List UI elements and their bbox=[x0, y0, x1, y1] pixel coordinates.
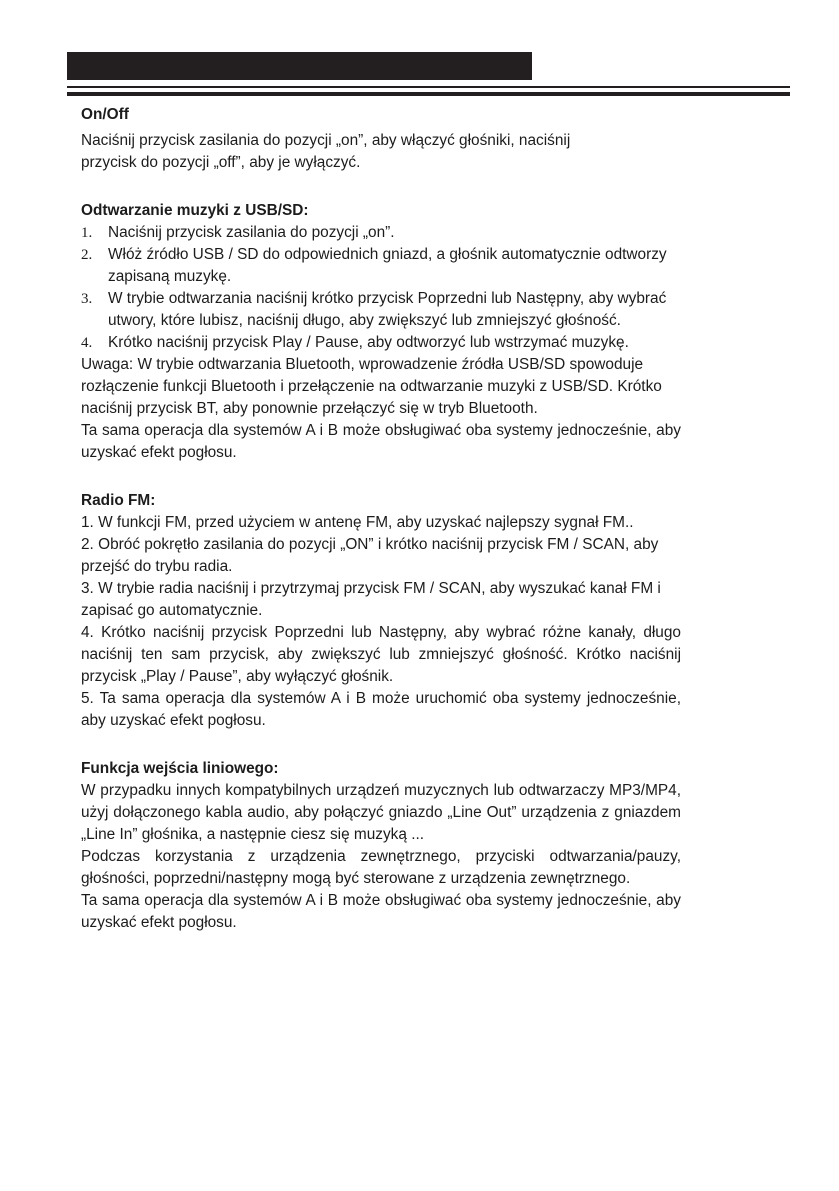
linein-paragraph-2: Podczas korzystania z urządzenia zewnętr… bbox=[81, 846, 681, 890]
radio-step-3: 3. W trybie radia naciśnij i przytrzymaj… bbox=[81, 578, 681, 622]
list-text: Włóż źródło USB / SD do odpowiednich gni… bbox=[108, 246, 667, 285]
usb-extra: Ta sama operacja dla systemów A i B może… bbox=[81, 420, 681, 464]
section-radio: Radio FM: 1. W funkcji FM, przed użyciem… bbox=[81, 490, 681, 732]
section-linein: Funkcja wejścia liniowego: W przypadku i… bbox=[81, 758, 681, 934]
manual-content: On/Off Naciśnij przycisk zasilania do po… bbox=[81, 104, 681, 934]
section-usb: Odtwarzanie muzyki z USB/SD: 1.Naciśnij … bbox=[81, 200, 681, 464]
header-rule-thin bbox=[67, 86, 790, 88]
radio-step-5: 5. Ta sama operacja dla systemów A i B m… bbox=[81, 688, 681, 732]
usb-steps-list: 1.Naciśnij przycisk zasilania do pozycji… bbox=[81, 222, 681, 354]
list-number: 4. bbox=[81, 332, 92, 354]
onoff-line-2: przycisk do pozycji „off”, aby je wyłącz… bbox=[81, 152, 681, 174]
radio-step-4: 4. Krótko naciśnij przycisk Poprzedni lu… bbox=[81, 622, 681, 688]
list-text: Krótko naciśnij przycisk Play / Pause, a… bbox=[108, 334, 629, 351]
header-bar bbox=[67, 52, 532, 80]
linein-paragraph-3: Ta sama operacja dla systemów A i B może… bbox=[81, 890, 681, 934]
section-title-usb: Odtwarzanie muzyki z USB/SD: bbox=[81, 200, 681, 222]
list-number: 2. bbox=[81, 244, 92, 266]
list-item: 2.Włóż źródło USB / SD do odpowiednich g… bbox=[81, 244, 681, 288]
list-text: W trybie odtwarzania naciśnij krótko prz… bbox=[108, 290, 666, 329]
section-title-onoff: On/Off bbox=[81, 104, 681, 126]
section-title-linein: Funkcja wejścia liniowego: bbox=[81, 758, 681, 780]
section-title-radio: Radio FM: bbox=[81, 490, 681, 512]
section-onoff: On/Off Naciśnij przycisk zasilania do po… bbox=[81, 104, 681, 174]
list-text: Naciśnij przycisk zasilania do pozycji „… bbox=[108, 224, 395, 241]
list-item: 3.W trybie odtwarzania naciśnij krótko p… bbox=[81, 288, 681, 332]
list-number: 1. bbox=[81, 222, 92, 244]
radio-step-2: 2. Obróć pokrętło zasilania do pozycji „… bbox=[81, 534, 681, 578]
linein-paragraph-1: W przypadku innych kompatybilnych urządz… bbox=[81, 780, 681, 846]
radio-step-1: 1. W funkcji FM, przed użyciem w antenę … bbox=[81, 512, 681, 534]
usb-note: Uwaga: W trybie odtwarzania Bluetooth, w… bbox=[81, 354, 681, 420]
list-item: 1.Naciśnij przycisk zasilania do pozycji… bbox=[81, 222, 681, 244]
header-rule-thick bbox=[67, 92, 790, 96]
onoff-line-1: Naciśnij przycisk zasilania do pozycji „… bbox=[81, 130, 681, 152]
list-item: 4.Krótko naciśnij przycisk Play / Pause,… bbox=[81, 332, 681, 354]
list-number: 3. bbox=[81, 288, 92, 310]
